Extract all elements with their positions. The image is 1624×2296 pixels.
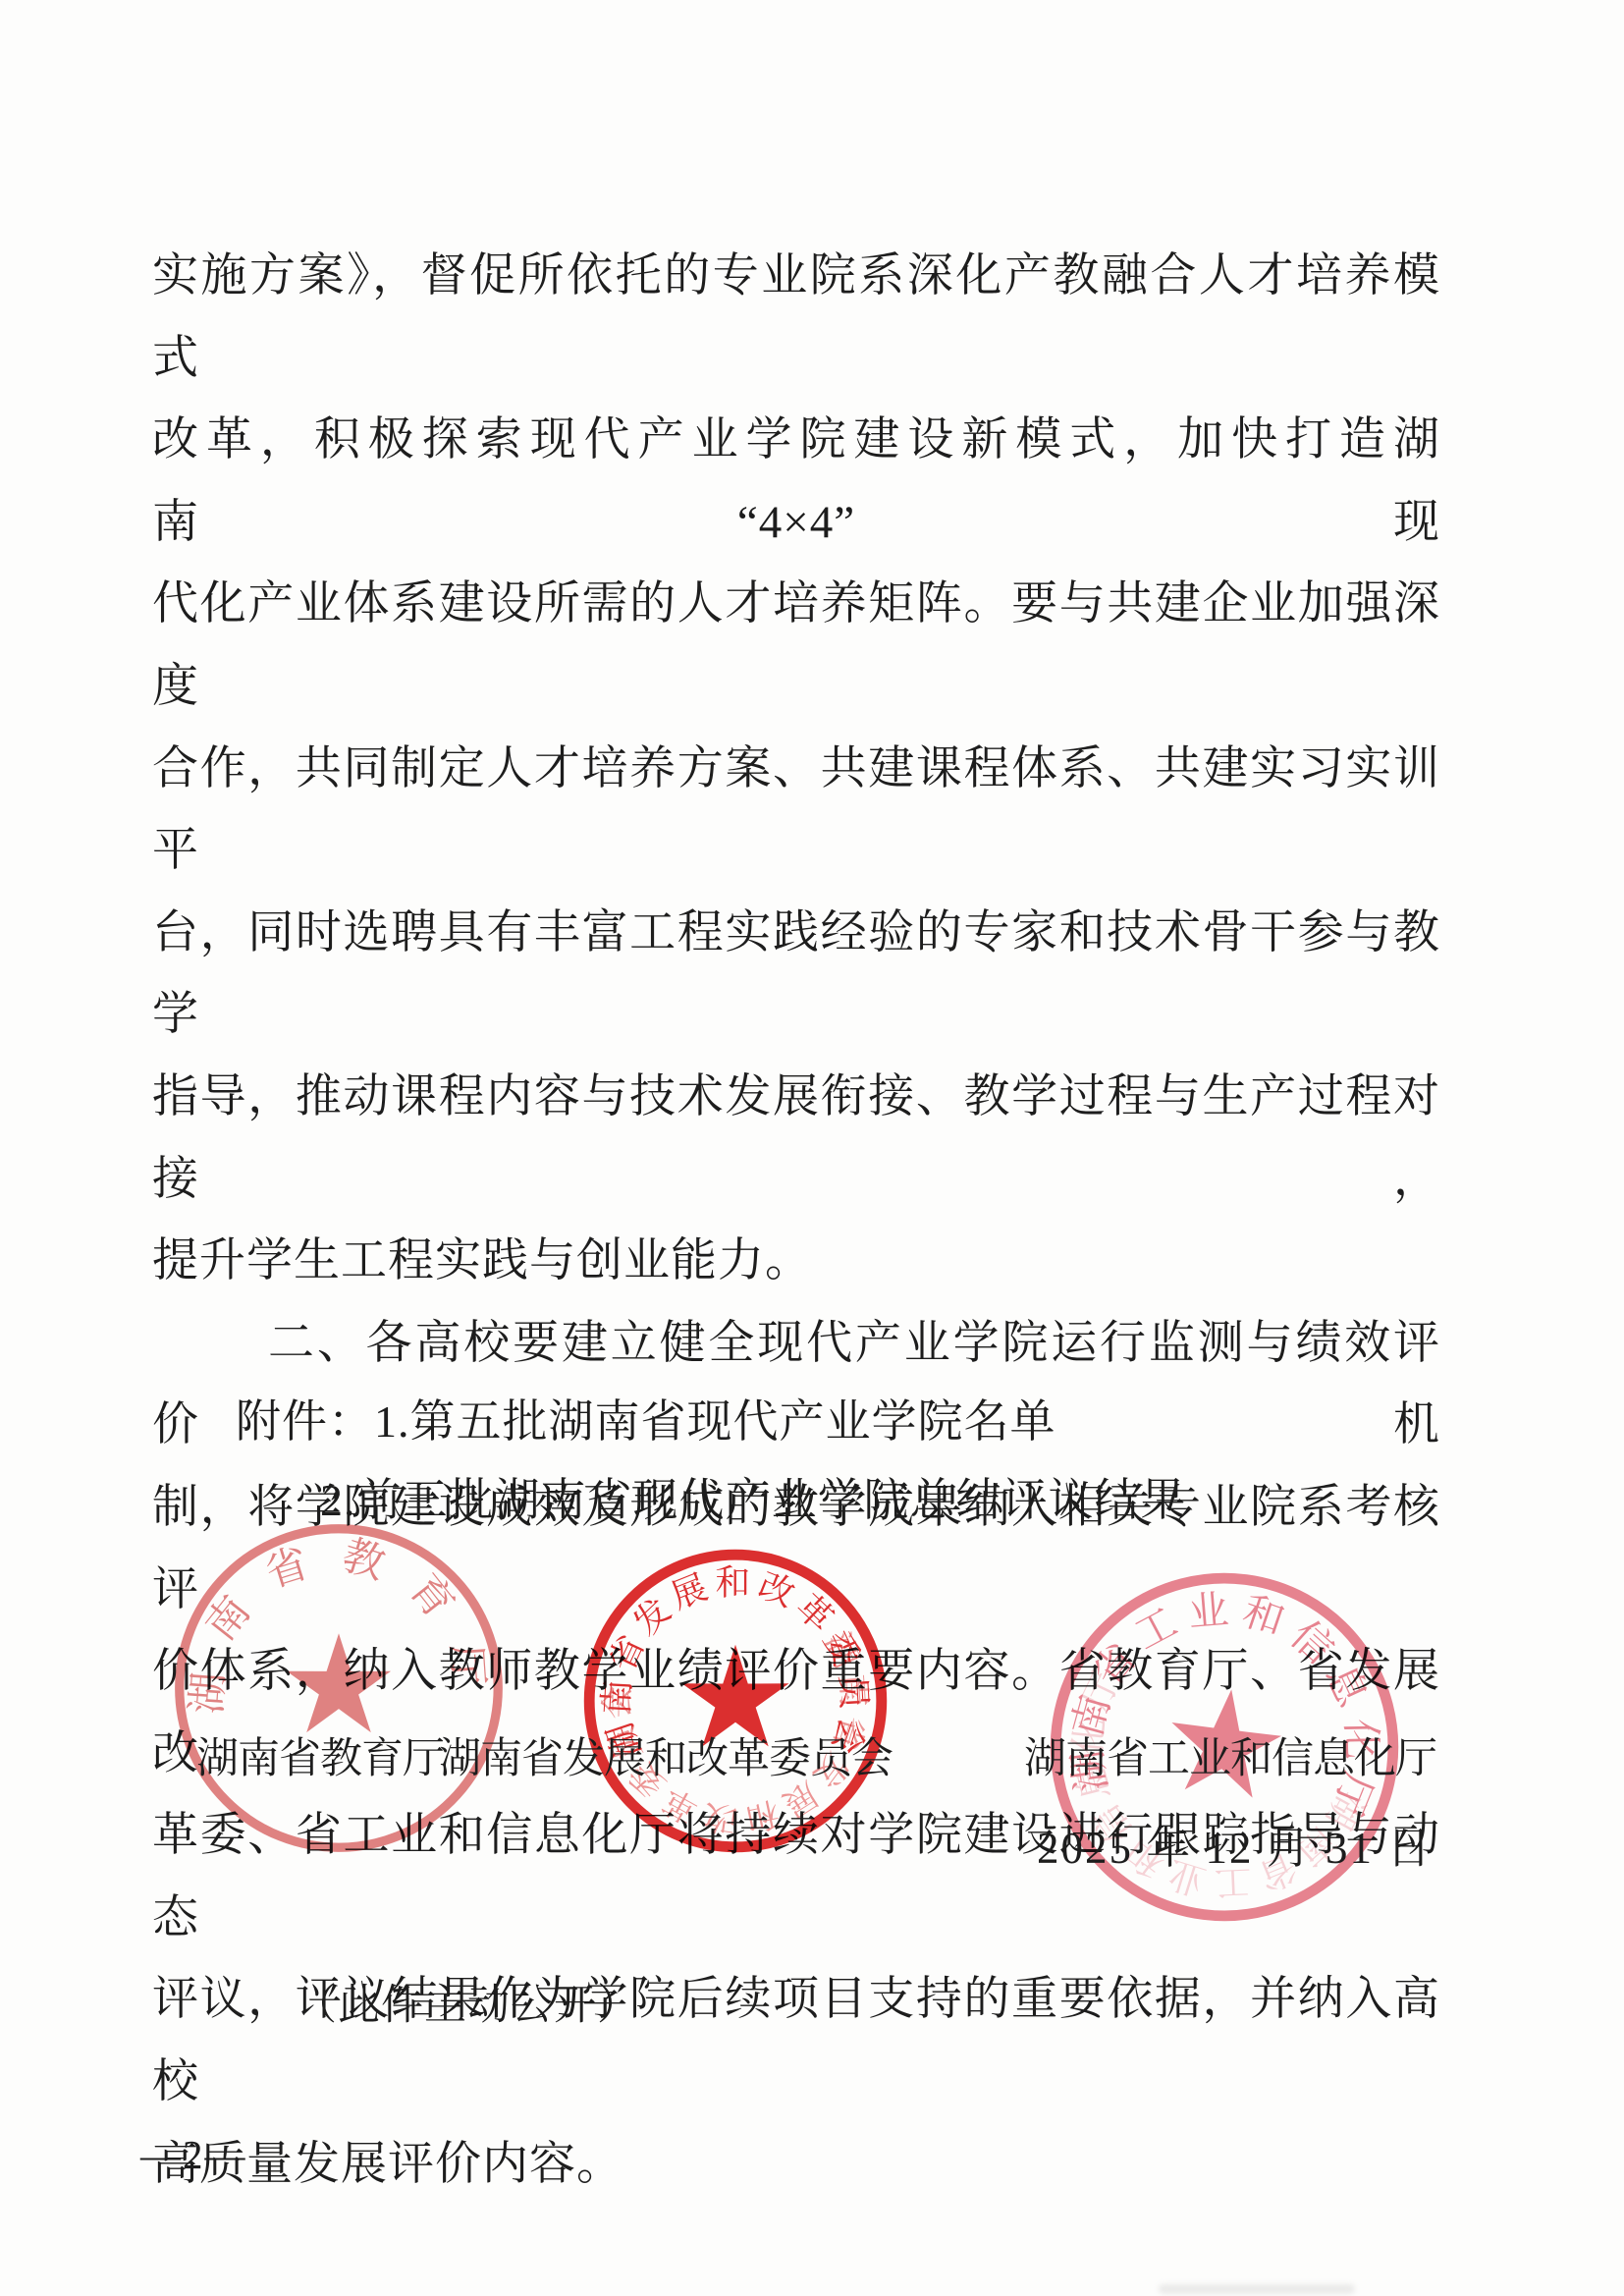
body-line: 实施方案》，督促所依托的专业院系深化产教融合人才培养模式 [152, 236, 1440, 400]
public-disclosure-note: （此件主动公开） [295, 1972, 640, 2032]
body-line: 代化产业体系建设所需的人才培养矩阵。要与共建企业加强深度 [152, 564, 1440, 728]
document-page: 实施方案》，督促所依托的专业院系深化产教融合人才培养模式 改革，积极探索现代产业… [0, 0, 1624, 2296]
issue-date: 2025 年 12 月 31 日 [1037, 1812, 1433, 1876]
body-line: 改革，积极探索现代产业学院建设新模式，加快打造湖南“4×4”现 [152, 400, 1440, 564]
attachment-line: 2.前三批湖南省现代产业学院总结评议结果 [320, 1461, 1187, 1540]
attachment-label: 附件： [236, 1396, 374, 1447]
body-line: 台，同时选聘具有丰富工程实践经验的专家和技术骨干参与教学 [152, 893, 1440, 1057]
attachment-block: 附件：1.第五批湖南省现代产业学院名单 2.前三批湖南省现代产业学院总结评议结果 [236, 1383, 1187, 1540]
attachment-item: 2.前三批湖南省现代产业学院总结评议结果 [320, 1475, 1187, 1525]
body-line: 合作，共同制定人才培养方案、共建课程体系、共建实习实训平 [152, 729, 1440, 893]
scan-smudge [1159, 2284, 1355, 2294]
page-number: —2— [140, 2131, 247, 2178]
signature-education: 湖南省教育厅 [196, 1725, 444, 1785]
body-line: 提升学生工程实践与创业能力。 [152, 1221, 1440, 1303]
attachment-item: 1.第五批湖南省现代产业学院名单 [374, 1396, 1056, 1447]
signature-industry-information: 湖南省工业和信息化厅 [1024, 1725, 1436, 1785]
body-text: 实施方案》，督促所依托的专业院系深化产教融合人才培养模式 改革，积极探索现代产业… [152, 236, 1440, 2206]
body-line: 高质量发展评价内容。 [152, 2124, 1440, 2207]
attachment-line: 附件：1.第五批湖南省现代产业学院名单 [236, 1383, 1187, 1461]
signature-development-reform: 湖南省发展和改革委员会 [439, 1725, 893, 1785]
body-line: 指导，推动课程内容与技术发展衔接、教学过程与生产过程对接， [152, 1057, 1440, 1221]
